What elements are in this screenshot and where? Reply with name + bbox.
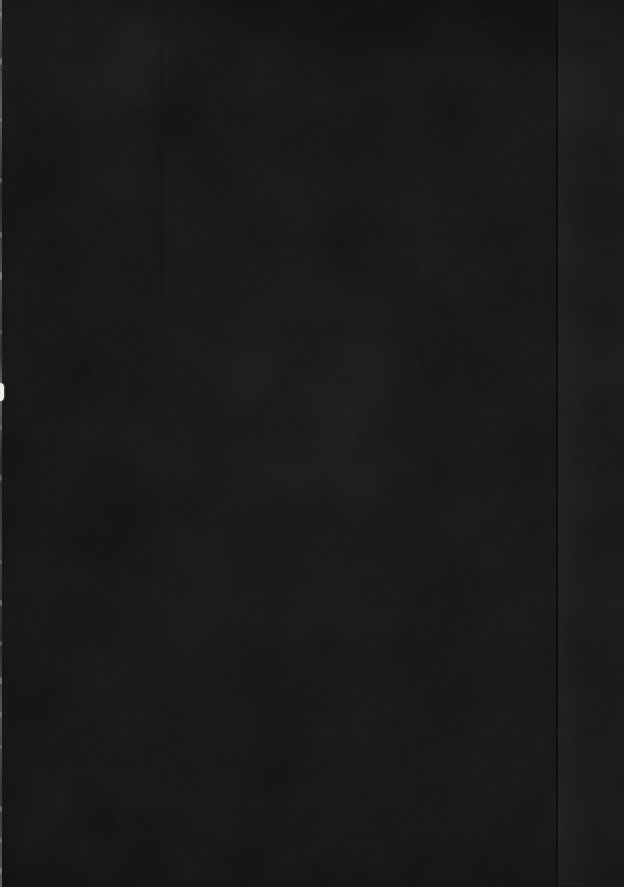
left-edge-speck — [0, 272, 2, 280]
scanned-black-page — [0, 0, 624, 887]
spine-crease-line — [556, 0, 558, 887]
spine-highlight-band — [558, 0, 624, 887]
page-surface — [0, 0, 624, 887]
faint-vertical-crease — [160, 0, 162, 300]
left-edge-speck — [0, 677, 2, 684]
page-left-edge — [0, 0, 2, 887]
left-edge-notch — [0, 383, 4, 401]
left-edge-speck — [0, 58, 2, 65]
